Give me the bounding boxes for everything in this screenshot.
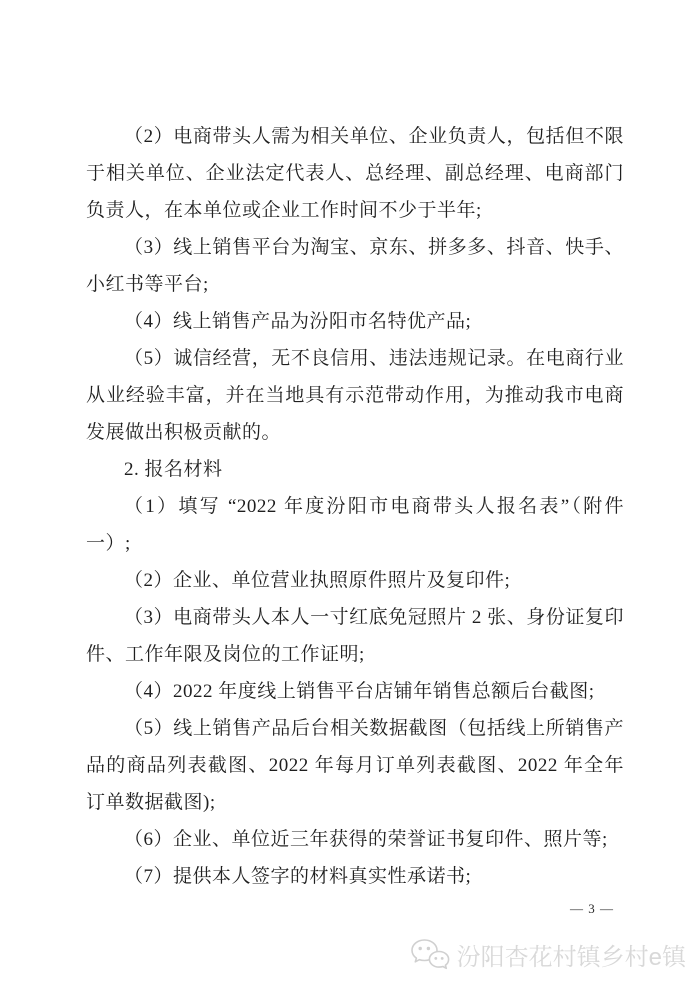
watermark-text: 汾阳杏花村镇乡村e镇 — [457, 937, 686, 972]
paragraph: （4）2022 年度线上销售平台店铺年销售总额后台截图; — [86, 673, 624, 710]
paragraph: （6）企业、单位近三年获得的荣誉证书复印件、照片等; — [86, 821, 624, 858]
paragraph: （7）提供本人签字的材料真实性承诺书; — [86, 858, 624, 895]
paragraph: （3）线上销售平台为淘宝、京东、拼多多、抖音、快手、小红书等平台; — [86, 229, 624, 303]
paragraph: （5）诚信经营，无不良信用、违法违规记录。在电商行业从业经验丰富，并在当地具有示… — [86, 340, 624, 451]
watermark: 汾阳杏花村镇乡村e镇 — [410, 937, 686, 972]
paragraph: （2）企业、单位营业执照原件照片及复印件; — [86, 562, 624, 599]
paragraph: （4）线上销售产品为汾阳市名特优产品; — [86, 303, 624, 340]
paragraph: （2）电商带头人需为相关单位、企业负责人，包括但不限于相关单位、企业法定代表人、… — [86, 118, 624, 229]
page-number: — 3 — — [570, 901, 614, 917]
paragraph: （3）电商带头人本人一寸红底免冠照片 2 张、身份证复印件、工作年限及岗位的工作… — [86, 599, 624, 673]
wechat-icon — [410, 938, 450, 972]
paragraph: 2. 报名材料 — [86, 451, 624, 488]
paragraph: （5）线上销售产品后台相关数据截图（包括线上所销售产品的商品列表截图、2022 … — [86, 710, 624, 821]
document-body: （2）电商带头人需为相关单位、企业负责人，包括但不限于相关单位、企业法定代表人、… — [86, 118, 624, 895]
paragraph: （1）填写 “2022 年度汾阳市电商带头人报名表”（附件一）; — [86, 488, 624, 562]
document-page: （2）电商带头人需为相关单位、企业负责人，包括但不限于相关单位、企业法定代表人、… — [0, 0, 700, 989]
